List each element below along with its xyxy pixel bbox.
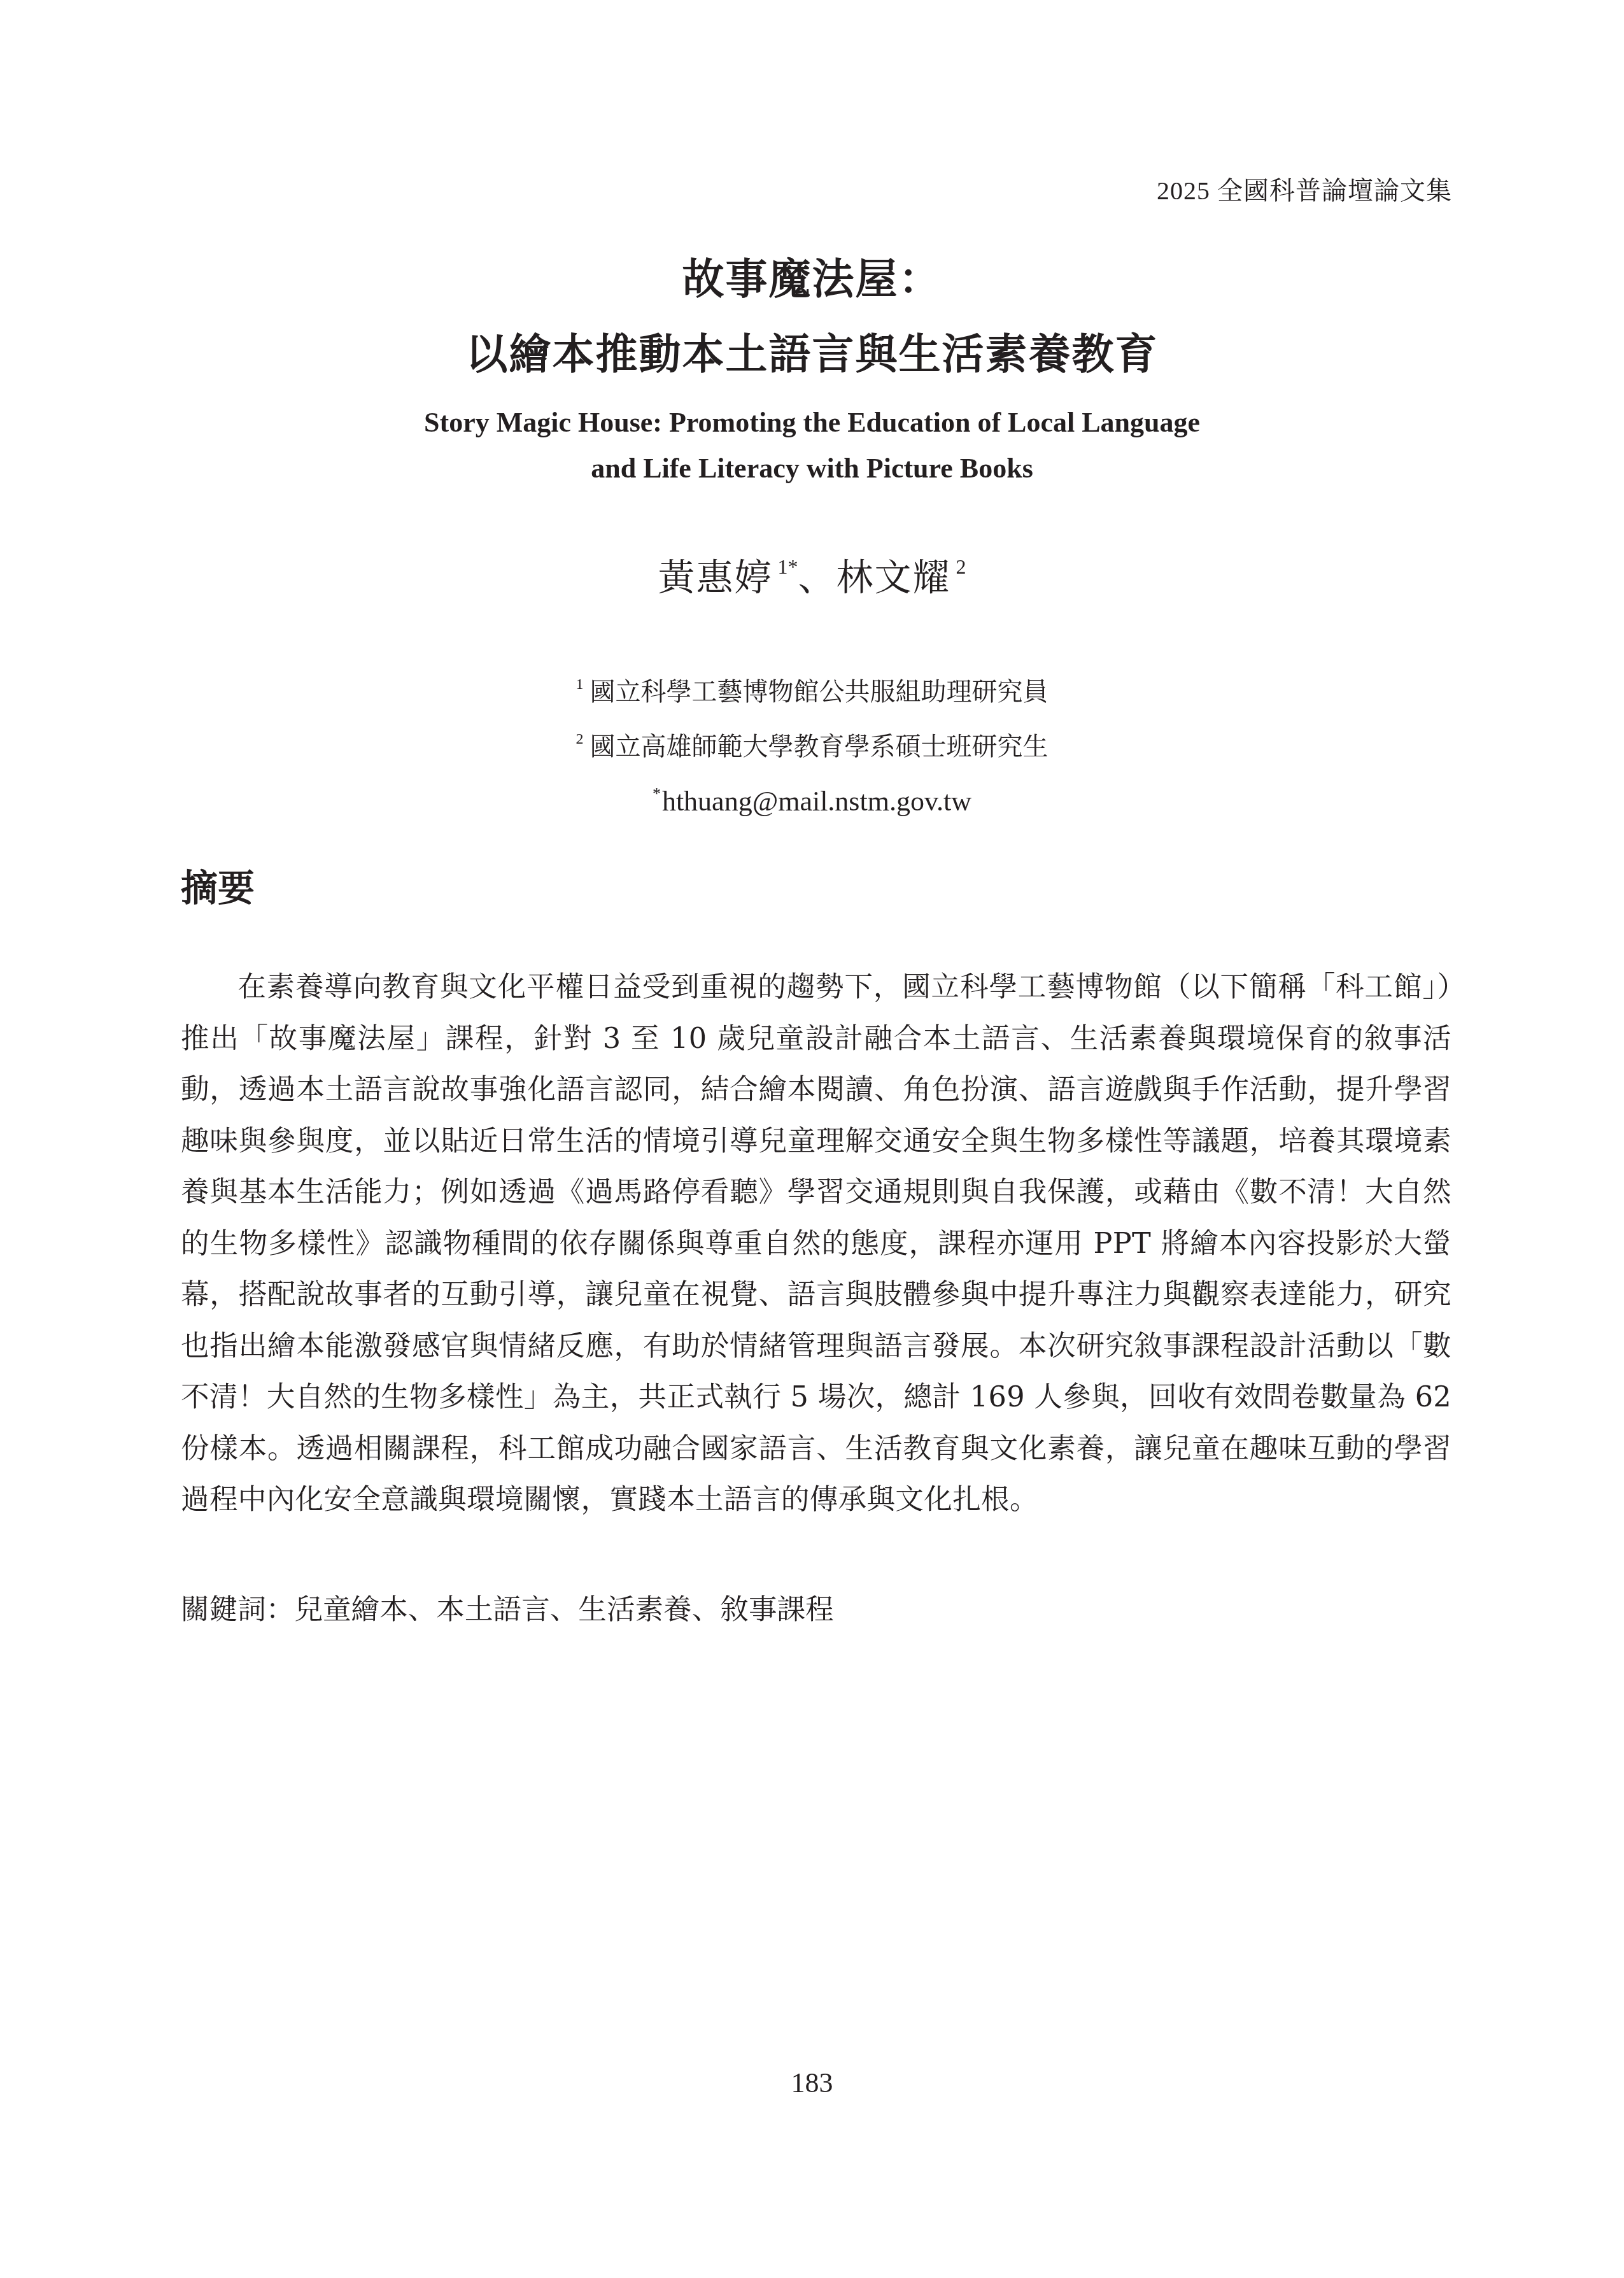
affiliation-marker: 1 xyxy=(576,676,584,693)
title-en-line-2: and Life Literacy with Picture Books xyxy=(0,446,1624,492)
keywords-list: 兒童繪本、本土語言、生活素養、敘事課程 xyxy=(294,1593,833,1626)
keywords: 關鍵詞：兒童繪本、本土語言、生活素養、敘事課程 xyxy=(181,1587,834,1627)
author-list: 黃惠婷 1*、林文耀 2 xyxy=(0,548,1624,601)
affiliations: 1國立科學工藝博物館公共服組助理研究員 2國立高雄師範大學教育學系碩士班研究生 … xyxy=(0,661,1624,825)
affiliation-2: 2國立高雄師範大學教育學系碩士班研究生 xyxy=(0,716,1624,770)
title-zh-line-2: 以繪本推動本土語言與生活素養教育 xyxy=(0,317,1624,392)
affiliation-text: 國立高雄師範大學教育學系碩士班研究生 xyxy=(590,732,1049,761)
affiliation-text: 國立科學工藝博物館公共服組助理研究員 xyxy=(590,677,1049,707)
keywords-label: 關鍵詞： xyxy=(181,1593,294,1626)
email-address: hthuang@mail.nstm.gov.tw xyxy=(662,786,971,817)
author-separator: 、 xyxy=(798,556,836,599)
affiliation-marker: 2 xyxy=(576,731,584,747)
title-en-line-1: Story Magic House: Promoting the Educati… xyxy=(0,400,1624,446)
page-number: 183 xyxy=(0,2067,1624,2099)
title-block: 故事魔法屋： 以繪本推動本土語言與生活素養教育 Story Magic Hous… xyxy=(0,242,1624,492)
contact-email: *hthuang@mail.nstm.gov.tw xyxy=(0,770,1624,825)
abstract-body: 在素養導向教育與文化平權日益受到重視的趨勢下，國立科學工藝博物館（以下簡稱「科工… xyxy=(181,961,1451,1525)
abstract-heading: 摘要 xyxy=(181,858,255,912)
author-marker: 1* xyxy=(777,555,798,578)
author-marker: 2 xyxy=(956,555,966,578)
title-en: Story Magic House: Promoting the Educati… xyxy=(0,400,1624,492)
corresponding-marker: * xyxy=(653,784,661,803)
affiliation-1: 1國立科學工藝博物館公共服組助理研究員 xyxy=(0,661,1624,716)
running-header: 2025 全國科普論壇論文集 xyxy=(1157,171,1452,207)
title-zh-line-1: 故事魔法屋： xyxy=(0,242,1624,317)
author-name: 黃惠婷 xyxy=(658,556,772,599)
author-name: 林文耀 xyxy=(837,556,951,599)
